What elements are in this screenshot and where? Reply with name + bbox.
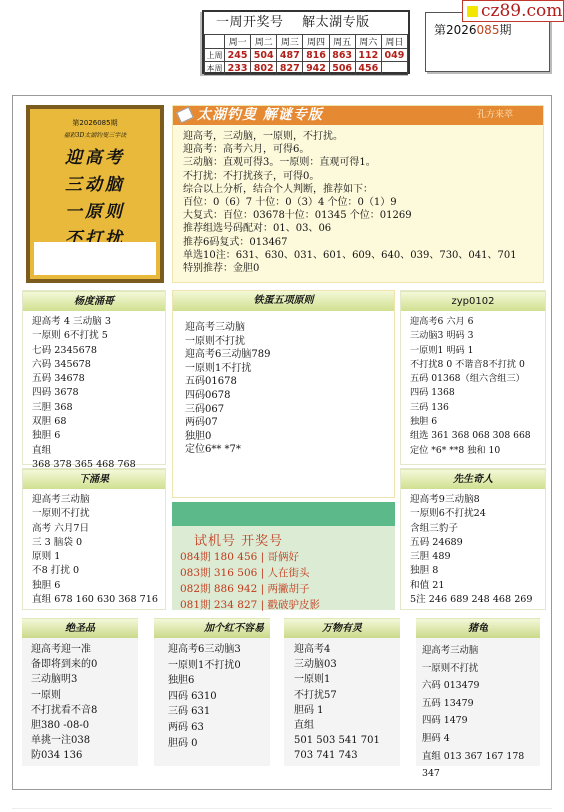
xiayong-box: 下涌果 迎高考三动脑 一原则不打扰 高考 六月7日 三 3 脑袋 0 原则 1 … (22, 468, 166, 610)
list-item: 三动脑明3 (31, 672, 138, 687)
analysis-line: 综合以上分析，结合个人判断，推荐如下： (183, 183, 543, 196)
table-row: 本周 233 802 827 942 506 456 (205, 62, 408, 75)
wanwu-box: 万物有灵 迎高考4 三动脑03 一原则1 不打扰57 胆码 1 直组 501 5… (284, 618, 400, 766)
analysis-line: 百位：0（6）7 十位：0（3）4 个位：0（1）9 (183, 196, 543, 209)
box-body: 迎高考三动脑 一原则不打扰 六码 013479 五码 13479 四码 1479… (416, 638, 540, 783)
table-cell (381, 62, 407, 75)
list-item: 三码067 (185, 403, 394, 417)
xiansheng-box: 先生奇人 迎高考9三动脑8 一原则6不打扰24 含组三豹子 五码 24689 三… (400, 468, 546, 610)
list-item: 三动脑03 (294, 657, 400, 672)
table-header-cell: 周三 (277, 35, 303, 49)
list-item: 一原则1 (294, 672, 400, 687)
zhugui-box: 猪龟 迎高考三动脑 一原则不打扰 六码 013479 五码 13479 四码 1… (416, 618, 540, 766)
box-title: 绝圣品 (22, 618, 138, 638)
analysis-line: 不打扰：不打扰孩子，可得0。 (183, 170, 543, 183)
list-item: 四码0678 (185, 389, 394, 403)
list-item: 五码 24689 (410, 536, 545, 550)
list-item: 五码 13479 (422, 695, 540, 713)
table-header-row: 周一 周二 周三 周四 周五 周六 周日 (205, 35, 408, 49)
list-item: 一原则 (31, 688, 138, 703)
list-item: 胆码 1 (294, 703, 400, 718)
box-title: 下涌果 (23, 469, 165, 489)
analysis-lines: 迎高考，三动脑，一原则，不打扰。 迎高考：高考六月，可得6。 三动脑：直观可得3… (173, 125, 543, 275)
list-item: 胆码 4 (422, 730, 540, 748)
list-item: 迎高考 4 三动脑 3 (32, 315, 165, 329)
list-item: 一原则不打扰 (422, 660, 540, 678)
list-item: 不打扰57 (294, 688, 400, 703)
trial-row: 084期 180 456 | 哥俩好 (172, 549, 395, 565)
list-item: 迎高考三动脑 (185, 321, 394, 335)
list-item: 5注 246 689 248 468 269 (410, 593, 545, 607)
list-item: 四码 3678 (32, 386, 165, 400)
analysis-title-bar: 太湖钓叟 解谜专版 孔方来萃 (173, 106, 543, 125)
list-item: 独胆 6 (410, 415, 545, 429)
list-item: 防034 136 (31, 748, 138, 763)
list-item: 四码 1368 (410, 386, 545, 400)
brand-square-icon (467, 6, 478, 17)
row-label: 上周 (205, 49, 225, 62)
box-body: 迎高考6 六月 6 三动脑3 明码 3 一原则1 明码 1 不打扰8 0 不谐音… (401, 311, 545, 458)
list-item: 一原则1不打扰 (185, 362, 394, 376)
list-item: 直组 (32, 444, 165, 458)
table-cell: 506 (329, 62, 355, 75)
list-item: 迎高考4 (294, 642, 400, 657)
issue-prefix: 第2026 (434, 23, 477, 37)
list-item: 独胆 8 (410, 564, 545, 578)
list-item: 一原则不打扰 (32, 507, 165, 521)
issue-suffix: 期 (499, 23, 511, 37)
table-cell: 487 (277, 49, 303, 62)
list-item: 组选 361 368 068 308 668 (410, 429, 545, 443)
list-item: 501 503 541 701 (294, 733, 400, 748)
table-header-cell: 周二 (251, 35, 277, 49)
table-cell: 456 (355, 62, 381, 75)
list-item: 直组 678 160 630 368 716 (32, 593, 165, 607)
site-brand-link[interactable]: cz89.com (462, 0, 564, 22)
list-item: 迎高考三动脑 (32, 493, 165, 507)
jueshengpin-box: 绝圣品 迎高考迎一准 备即将到来的0 三动脑明3 一原则 不打扰看不音8 胆38… (22, 618, 138, 766)
list-item: 独胆 6 (32, 429, 165, 443)
box-title: 铁蛋五项原则 (173, 291, 394, 311)
list-item: 胆码 0 (168, 736, 270, 752)
table-header-cell: 周日 (381, 35, 407, 49)
trial-row: 081期 234 827 | 戳破驴皮影 (172, 597, 395, 613)
list-item: 六码 013479 (422, 677, 540, 695)
box-body: 迎高考 4 三动脑 3 一原则 6不打扰 5 七码 2345678 六码 345… (23, 311, 165, 472)
table-cell: 049 (381, 49, 407, 62)
list-item: 不打扰8 0 不谐音8不打扰 0 (410, 358, 545, 372)
box-body: 迎高考6三动脑3 一原则1不打扰0 独胆6 四码 6310 三码 631 两码 … (154, 638, 270, 751)
list-item: 一原则1 明码 1 (410, 344, 545, 358)
analysis-line: 推荐组选号码配对：01、03、06 (183, 222, 543, 235)
weekly-subtitle-text: 解太湖专版 (302, 15, 370, 30)
list-item: 迎高考9三动脑8 (410, 493, 545, 507)
trial-row: 082期 886 942 | 两撇胡子 (172, 581, 395, 597)
bottom-divider (12, 808, 552, 809)
analysis-panel: 太湖钓叟 解谜专版 孔方来萃 迎高考，三动脑，一原则，不打扰。 迎高考：高考六月… (172, 105, 544, 283)
yangdu-box: 杨度涌哥 迎高考 4 三动脑 3 一原则 6不打扰 5 七码 2345678 六… (22, 290, 166, 465)
table-cell: 233 (225, 62, 251, 75)
list-item: 单挑一注038 (31, 733, 138, 748)
list-item: 七码 2345678 (32, 344, 165, 358)
list-item: 三动脑3 明码 3 (410, 329, 545, 343)
table-cell: 863 (329, 49, 355, 62)
list-item: 和值 21 (410, 579, 545, 593)
card-blank-area (34, 242, 156, 275)
table-header-cell (205, 35, 225, 49)
list-item: 胆380 -08-0 (31, 718, 138, 733)
list-item: 三 3 脑袋 0 (32, 536, 165, 550)
list-item: 三胆 368 (32, 401, 165, 415)
riddle-line: 迎高考 (30, 147, 160, 170)
table-cell: 816 (303, 49, 329, 62)
analysis-author: 孔方来萃 (477, 106, 513, 125)
analysis-title: 太湖钓叟 解谜专版 (197, 107, 323, 123)
box-body: 迎高考9三动脑8 一原则6不打扰24 含组三豹子 五码 24689 三胆 489… (401, 489, 545, 607)
list-item: 三胆 489 (410, 550, 545, 564)
row-label: 本周 (205, 62, 225, 75)
box-title: 加个红不容易 (154, 618, 270, 638)
table-cell: 942 (303, 62, 329, 75)
list-item: 三码 631 (168, 704, 270, 720)
analysis-line: 单选10注：631、630、031、601、609、640、039、730、04… (183, 249, 543, 262)
list-item: 六码 345678 (32, 358, 165, 372)
trial-top-bar (172, 502, 395, 526)
list-item: 备即将到来的0 (31, 657, 138, 672)
list-item: 独胆 6 (32, 579, 165, 593)
list-item: 不打扰看不音8 (31, 703, 138, 718)
analysis-line: 特别推荐：金胆0 (183, 262, 543, 275)
table-cell: 112 (355, 49, 381, 62)
list-item: 四码 1479 (422, 712, 540, 730)
trial-row: 083期 316 506 | 人在街头 (172, 565, 395, 581)
zyp-box: zyp0102 迎高考6 六月 6 三动脑3 明码 3 一原则1 明码 1 不打… (400, 290, 546, 465)
list-item: 一原则 6不打扰 5 (32, 329, 165, 343)
table-row: 上周 245 504 487 816 863 112 049 (205, 49, 408, 62)
table-header-cell: 周六 (355, 35, 381, 49)
analysis-line: 推荐6码复式：013467 (183, 236, 543, 249)
box-title: 猪龟 (416, 618, 540, 638)
riddle-line: 一原则 (30, 201, 160, 224)
brand-label: cz89.com (481, 1, 562, 21)
weekly-draw-table-panel: 一周开奖号 解太湖专版 周一 周二 周三 周四 周五 周六 周日 上周 245 … (202, 10, 410, 74)
box-body: 迎高考三动脑 一原则不打扰 高考 六月7日 三 3 脑袋 0 原则 1 不8 打… (23, 489, 165, 607)
list-item: 一原则1不打扰0 (168, 658, 270, 674)
table-cell: 802 (251, 62, 277, 75)
table-cell: 827 (277, 62, 303, 75)
list-item: 迎高考6三动脑789 (185, 348, 394, 362)
list-item: 独胆0 (185, 430, 394, 444)
weekly-draw-table: 周一 周二 周三 周四 周五 周六 周日 上周 245 504 487 816 … (204, 34, 408, 75)
list-item: 直组 013 367 167 178 347 (422, 748, 540, 783)
list-item: 迎高考6三动脑3 (168, 642, 270, 658)
card-issue: 第2026085期 (30, 118, 160, 128)
list-item: 定位 *6* **8 独和 10 (410, 444, 545, 458)
card-subtitle: 福彩3D太湖钓叟三字诀 (30, 130, 160, 139)
list-item: 直组 (294, 718, 400, 733)
box-body: 迎高考4 三动脑03 一原则1 不打扰57 胆码 1 直组 501 503 54… (284, 638, 400, 764)
list-item: 一原则6不打扰24 (410, 507, 545, 521)
table-header-cell: 周五 (329, 35, 355, 49)
list-item: 五码 34678 (32, 372, 165, 386)
analysis-line: 三动脑：直观可得3。一原则：直观可得1。 (183, 156, 543, 169)
list-item: 双胆 68 (32, 415, 165, 429)
list-item: 两码07 (185, 416, 394, 430)
riddle-line: 三动脑 (30, 174, 160, 197)
table-cell: 504 (251, 49, 277, 62)
weekly-title-text: 一周开奖号 (216, 15, 284, 30)
weekly-draw-title: 一周开奖号 解太湖专版 (204, 12, 408, 34)
list-item: 四码 6310 (168, 689, 270, 705)
box-title: 万物有灵 (284, 618, 400, 638)
jiagehong-box: 加个红不容易 迎高考6三动脑3 一原则1不打扰0 独胆6 四码 6310 三码 … (154, 618, 270, 766)
table-header-cell: 周一 (225, 35, 251, 49)
analysis-line: 大复式：百位：03678十位：01345 个位：01269 (183, 209, 543, 222)
gold-riddle-card: 第2026085期 福彩3D太湖钓叟三字诀 迎高考 三动脑 一原则 不打扰 (26, 105, 164, 283)
list-item: 迎高考迎一准 (31, 642, 138, 657)
box-title: 杨度涌哥 (23, 291, 165, 311)
tiedan-box: 铁蛋五项原则 迎高考三动脑 一原则不打扰 迎高考6三动脑789 一原则1不打扰 … (172, 290, 395, 498)
list-item: 两码 63 (168, 720, 270, 736)
analysis-line: 迎高考，三动脑，一原则，不打扰。 (183, 130, 543, 143)
table-header-cell: 周四 (303, 35, 329, 49)
table-cell: 245 (225, 49, 251, 62)
list-item: 迎高考6 六月 6 (410, 315, 545, 329)
list-item: 迎高考三动脑 (422, 642, 540, 660)
list-item: 含组三豹子 (410, 522, 545, 536)
box-title: 先生奇人 (401, 469, 545, 489)
issue-number: 085 (477, 23, 500, 37)
list-item: 五码01678 (185, 375, 394, 389)
box-body: 迎高考迎一准 备即将到来的0 三动脑明3 一原则 不打扰看不音8 胆380 -0… (22, 638, 138, 764)
list-item: 703 741 743 (294, 748, 400, 763)
analysis-line: 迎高考：高考六月，可得6。 (183, 143, 543, 156)
box-body: 迎高考三动脑 一原则不打扰 迎高考6三动脑789 一原则1不打扰 五码01678… (173, 311, 394, 457)
list-item: 独胆6 (168, 673, 270, 689)
list-item: 三码 136 (410, 401, 545, 415)
trial-numbers-panel: 试机号 开奖号 084期 180 456 | 哥俩好 083期 316 506 … (172, 502, 395, 610)
list-item: 五码 01368（组六含组三） (410, 372, 545, 386)
list-item: 定位6** *7* (185, 443, 394, 457)
document-icon (176, 107, 194, 124)
trial-title: 试机号 开奖号 (172, 530, 395, 549)
box-title: zyp0102 (401, 291, 545, 311)
list-item: 原则 1 (32, 550, 165, 564)
list-item: 一原则不打扰 (185, 335, 394, 349)
list-item: 不8 打扰 0 (32, 564, 165, 578)
list-item: 高考 六月7日 (32, 522, 165, 536)
